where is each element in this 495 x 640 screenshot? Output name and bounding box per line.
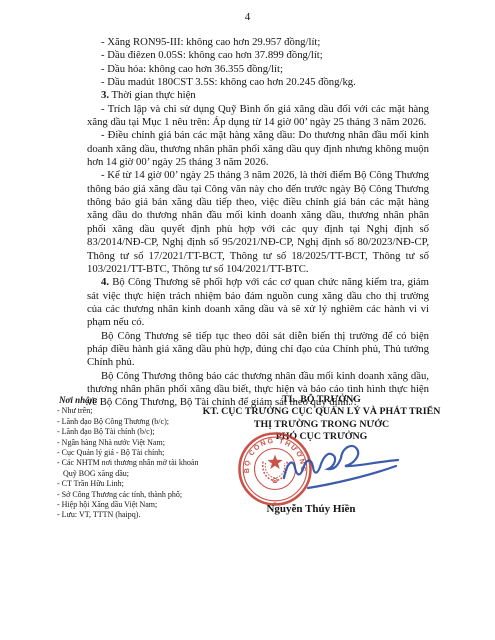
paragraph-number: 3. [101, 89, 109, 101]
recipient-item: - CT Trần Hữu Linh; [57, 479, 212, 489]
recipient-item: - Lưu: VT, TTTN (haipq). [57, 510, 212, 520]
recipient-item: - Lãnh đạo Bộ Công Thương (b/c); [57, 417, 212, 427]
paragraph-text: Bộ Công Thương sẽ phối hợp với các cơ qu… [87, 276, 429, 328]
document-body: - Xăng RON95-III: không cao hơn 29.957 đ… [87, 36, 429, 410]
recipient-item: - Sở Công Thương các tỉnh, thành phố; [57, 490, 212, 500]
paragraph: - Trích lập và chi sử dụng Quỹ Bình ổn g… [87, 103, 429, 130]
paragraph: - Dầu madút 180CST 3.5S: không cao hơn 2… [87, 76, 429, 89]
recipients-title: Nơi nhận: [59, 395, 212, 405]
paragraph: - Điều chỉnh giá bán các mặt hàng xăng d… [87, 129, 429, 169]
paragraph: 3. Thời gian thực hiện [87, 89, 429, 102]
recipient-item: - Cục Quản lý giá - Bộ Tài chính; [57, 448, 212, 458]
recipient-item: - Lãnh đạo Bộ Tài chính (b/c); [57, 427, 212, 437]
paragraph-text: - Xăng RON95-III: không cao hơn 29.957 đ… [101, 36, 320, 48]
paragraph-text: Bộ Công Thương sẽ tiếp tục theo dõi sát … [87, 330, 429, 369]
recipients-block: Nơi nhận: - Như trên; - Lãnh đạo Bộ Công… [57, 395, 212, 521]
scanned-document-page: { "page": { "number": "4" }, "colors": {… [0, 0, 495, 640]
paragraph-text: - Dầu điêzen 0.05S: không cao hơn 37.899… [101, 49, 323, 61]
paragraph-text: - Dầu madút 180CST 3.5S: không cao hơn 2… [101, 76, 356, 88]
recipients-list: - Như trên; - Lãnh đạo Bộ Công Thương (b… [57, 406, 212, 520]
paragraph: 4. Bộ Công Thương sẽ phối hợp với các cơ… [87, 276, 429, 329]
recipient-item: - Như trên; [57, 406, 212, 416]
recipient-item: - Hiệp hội Xăng dầu Việt Nam; [57, 500, 212, 510]
paragraph: - Dầu hỏa: không cao hơn 36.355 đồng/lít… [87, 63, 429, 76]
paragraph-text: - Trích lập và chi sử dụng Quỹ Bình ổn g… [87, 103, 429, 128]
paragraph: - Kể từ 14 giờ 00’ ngày 25 tháng 3 năm 2… [87, 169, 429, 276]
recipient-item: - Ngân hàng Nhà nước Việt Nam; [57, 438, 212, 448]
paragraph-number: 4. [101, 276, 109, 288]
paragraph-text: - Dầu hỏa: không cao hơn 36.355 đồng/lít… [101, 63, 283, 75]
signature-title-line: TL. BỘ TRƯỞNG [200, 394, 443, 406]
paragraph: - Dầu điêzen 0.05S: không cao hơn 37.899… [87, 49, 429, 62]
handwritten-signature [278, 436, 408, 496]
paragraph-text: Thời gian thực hiện [109, 89, 196, 101]
paragraph-text: - Điều chỉnh giá bán các mặt hàng xăng d… [87, 129, 429, 168]
paragraph: Bộ Công Thương sẽ tiếp tục theo dõi sát … [87, 330, 429, 370]
recipient-item: - Các NHTM nơi thương nhân mở tài khoản … [57, 458, 212, 479]
signer-name: Nguyễn Thúy Hiền [198, 503, 424, 515]
paragraph-text: - Kể từ 14 giờ 00’ ngày 25 tháng 3 năm 2… [87, 169, 429, 274]
page-number: 4 [0, 11, 495, 23]
paragraph: - Xăng RON95-III: không cao hơn 29.957 đ… [87, 36, 429, 49]
signature-strokes [284, 446, 398, 488]
signature-title-line: KT. CỤC TRƯỞNG CỤC QUẢN LÝ VÀ PHÁT TRIỂN [200, 406, 443, 418]
